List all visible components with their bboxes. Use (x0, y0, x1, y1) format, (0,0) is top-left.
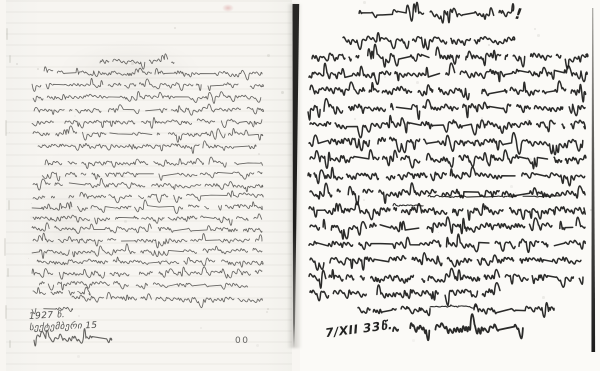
scan-noise (384, 76, 386, 78)
scan-noise (542, 296, 545, 299)
scan-edge-noise (5, 120, 7, 136)
scan-noise (537, 34, 540, 37)
scan-noise (267, 308, 269, 310)
scan-noise (28, 258, 29, 259)
scan-noise (363, 1, 366, 4)
scan-noise (164, 123, 166, 125)
scan-edge-noise (5, 305, 7, 319)
scan-noise (510, 185, 513, 188)
scan-noise (266, 311, 268, 313)
scan-noise (590, 209, 592, 211)
scan-noise (131, 62, 134, 65)
left-closing-line (72, 287, 262, 310)
scan-noise (354, 118, 356, 120)
ink-stroke (393, 204, 429, 207)
scan-noise (412, 339, 415, 342)
scan-noise (124, 220, 127, 223)
ink-stroke (393, 314, 527, 340)
ink-stroke (428, 195, 560, 198)
ink-stroke (430, 305, 477, 308)
handwriting-line (38, 136, 255, 155)
scan-noise (78, 315, 80, 317)
scan-noise (534, 28, 536, 30)
scan-noise (60, 254, 62, 256)
scan-edge-noise (7, 268, 9, 277)
page-number-stamp: 00 (235, 336, 249, 346)
scan-noise (193, 109, 195, 111)
underline-stroke (393, 203, 429, 208)
scan-noise (74, 115, 76, 117)
scan-noise (438, 232, 439, 233)
scan-noise (200, 327, 202, 329)
scan-edge-noise (9, 340, 11, 348)
scan-noise (174, 27, 176, 29)
scan-noise (30, 216, 33, 219)
scan-noise (256, 344, 259, 347)
scan-noise (16, 63, 18, 65)
scan-noise (37, 68, 39, 70)
left-page-year: 1927 წ. (29, 310, 66, 322)
right-signature-line (393, 308, 527, 348)
scan-noise (77, 355, 80, 358)
underline-stroke (430, 304, 476, 309)
ink-stroke (72, 292, 262, 308)
scan-edge-noise (9, 55, 11, 63)
ink-stroke (38, 140, 256, 153)
scan-noise (9, 132, 10, 133)
scan-noise (416, 81, 419, 84)
scan-noise (258, 153, 260, 155)
scan-edge-noise (6, 28, 8, 40)
scan-noise (267, 54, 270, 57)
scanned-document: 1927 წ. სექტემბერი 15 00 7/XII 33წ. ! (0, 0, 600, 371)
scan-noise (281, 91, 284, 94)
scan-edge-noise (4, 238, 6, 256)
ink-stroke (359, 2, 514, 23)
scan-noise (182, 72, 185, 75)
scan-edge-noise (8, 200, 10, 210)
